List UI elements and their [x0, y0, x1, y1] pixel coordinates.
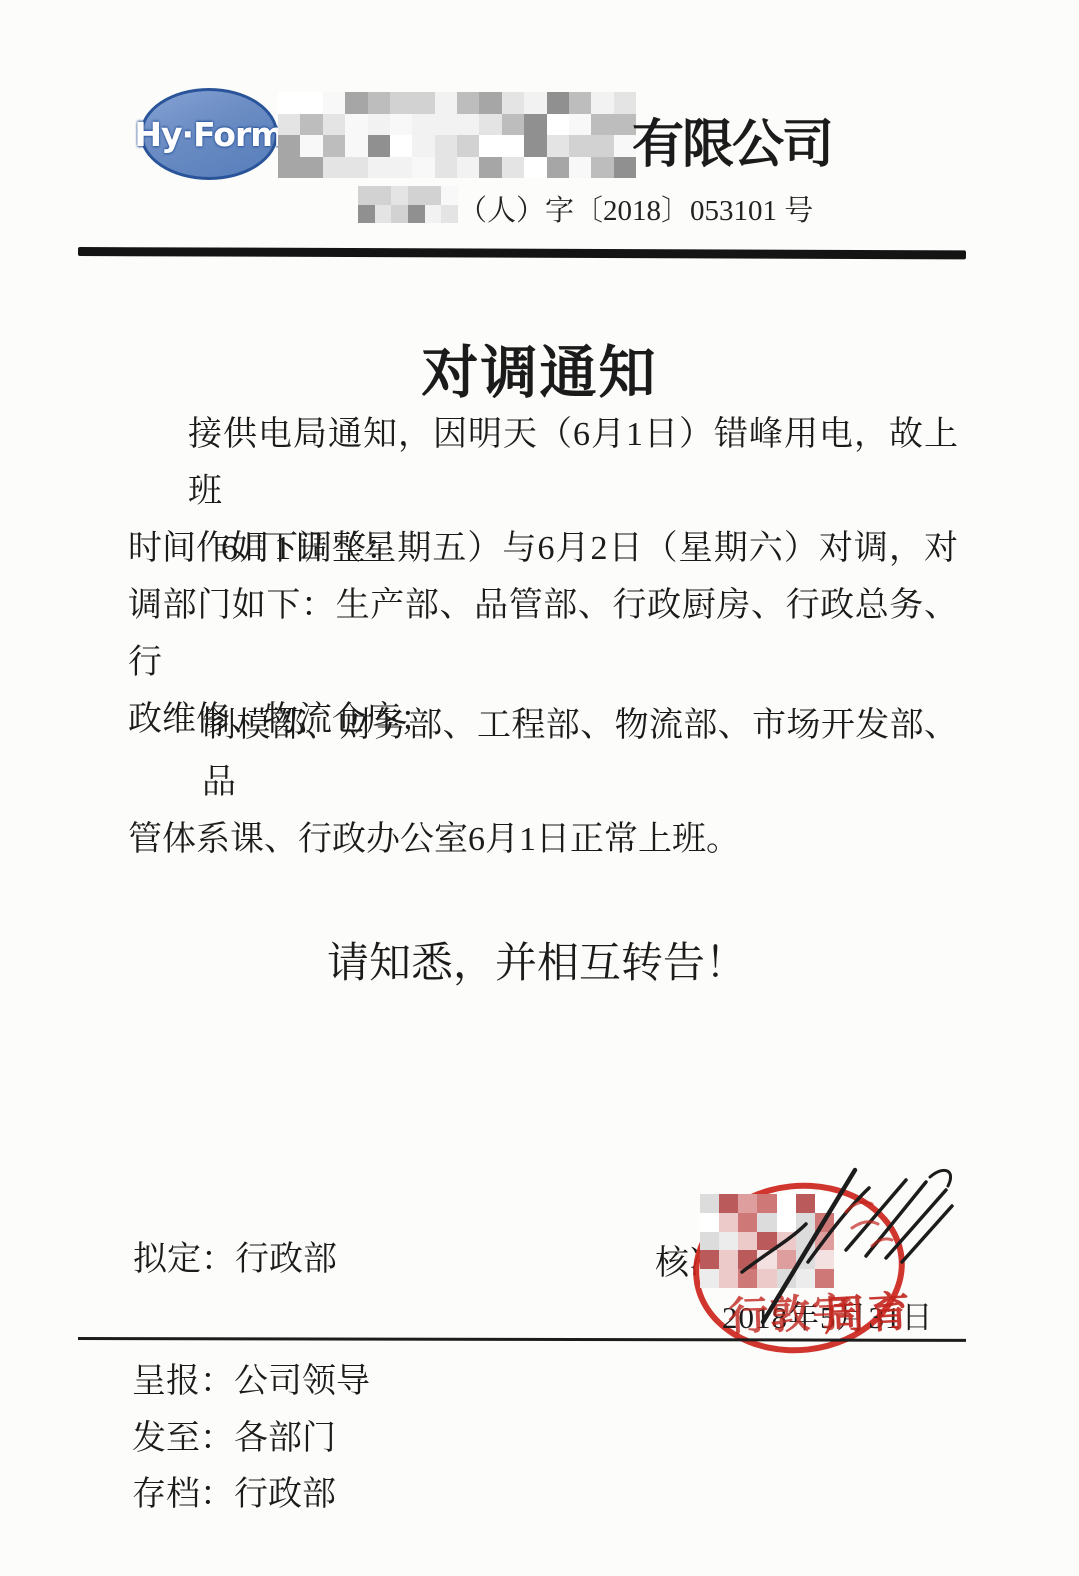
body-line: 接供电局通知，因明天（6月1日）错峰用电，故上班	[128, 406, 958, 520]
body-line: 调部门如下：生产部、品管部、行政厨房、行政总务、行	[128, 577, 958, 691]
closing-appeal: 请知悉，并相互转告！	[327, 930, 747, 990]
footer-divider-rule	[78, 1337, 966, 1342]
report-to-row: 呈报：公司领导	[132, 1353, 370, 1402]
redaction-doc-number-prefix	[358, 186, 458, 223]
scanned-notice-document: Hy·Form 有限公司 （人）字〔2018〕053101 号 对调通知 接供电…	[0, 0, 1079, 1576]
send-to-row: 发至：各部门	[132, 1410, 336, 1459]
logo-text: Hy·Form	[134, 115, 283, 154]
redaction-signature	[700, 1194, 834, 1288]
redaction-company-name	[278, 92, 636, 178]
document-number: （人）字〔2018〕053101 号	[458, 188, 813, 229]
paragraph-normal-departments: 制模部、财务部、工程部、物流部、市场开发部、品 管体系课、行政办公室6月1日正常…	[128, 697, 958, 868]
drafted-by: 拟定：行政部	[133, 1231, 337, 1280]
archive-row: 存档：行政部	[132, 1466, 336, 1515]
body-line: 制模部、财务部、工程部、物流部、市场开发部、品	[128, 697, 958, 811]
header-divider-rule	[78, 247, 966, 259]
company-logo: Hy·Form	[140, 88, 278, 180]
body-line: 6月1日（星期五）与6月2日（星期六）对调，对	[128, 520, 958, 577]
stamp-approver-name: 周育	[821, 1279, 914, 1344]
body-line: 管体系课、行政办公室6月1日正常上班。	[128, 811, 958, 868]
company-name-suffix: 有限公司	[632, 102, 832, 177]
document-title: 对调通知	[0, 327, 1079, 409]
